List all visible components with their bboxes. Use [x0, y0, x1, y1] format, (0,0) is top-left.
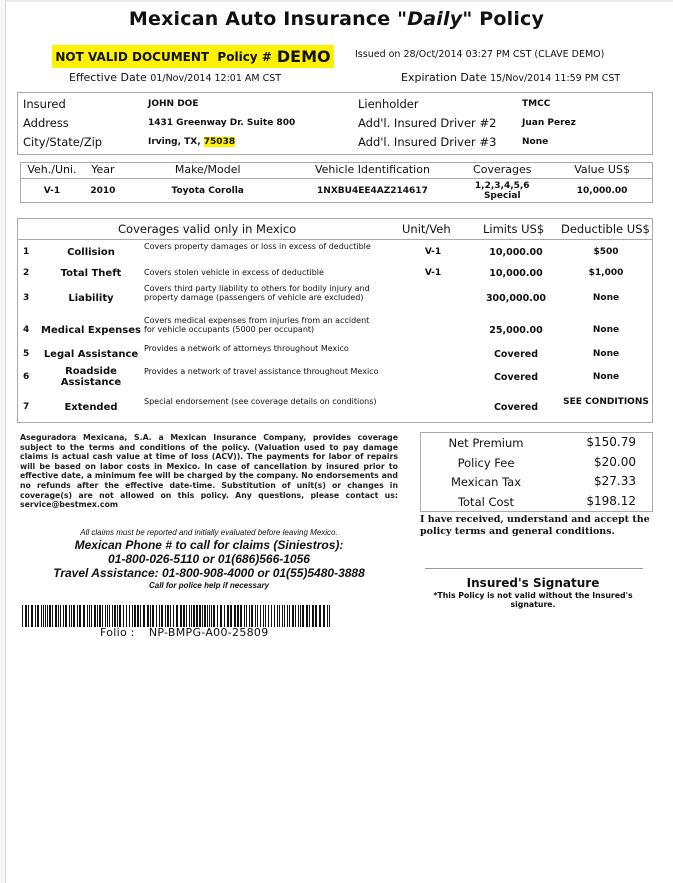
travel-assistance: Travel Assistance: 01-800-908-4000 or 01…	[20, 566, 398, 580]
barcode	[22, 605, 332, 627]
col-unit-veh: Unit/Veh	[402, 222, 451, 236]
coverage-number: 5	[23, 349, 29, 359]
insured-info-box: Insured JOHN DOE Address 1431 Greenway D…	[17, 92, 653, 155]
coverage-limit: 25,000.00	[476, 325, 556, 336]
expiration-date-value: 15/Nov/2014 11:59 PM CST	[490, 73, 620, 84]
cost-row: Total Cost$198.12	[421, 493, 652, 512]
cost-label: Total Cost	[421, 495, 551, 509]
vehicle-table-header: Veh./Uni. Year Make/Model Vehicle Identi…	[21, 163, 652, 179]
coverage-limit: 300,000.00	[476, 293, 556, 304]
coverage-deductible: None	[563, 325, 649, 335]
col-deductible: Deductible US$	[561, 222, 650, 236]
table-row: V-1 2010 Toyota Corolla 1NXBU4EE4AZ21461…	[21, 179, 652, 203]
banner-text: NOT VALID DOCUMENT Policy #	[55, 50, 272, 64]
signature-title: Insured's Signature	[420, 576, 646, 590]
driver2-label: Add'l. Insured Driver #2	[358, 116, 496, 130]
driver3-label: Add'l. Insured Driver #3	[358, 135, 496, 149]
vehicle-year: 2010	[83, 186, 123, 196]
coverage-description: Special endorsement (see coverage detail…	[144, 397, 380, 406]
address-label: Address	[23, 116, 69, 130]
claims-notice: All claims must be reported and initiall…	[20, 527, 398, 538]
expiration-date: Expiration Date 15/Nov/2014 11:59 PM CST	[401, 71, 620, 84]
table-row: 1CollisionCovers property damages or los…	[18, 241, 652, 265]
cost-row: Policy Fee$20.00	[421, 454, 652, 473]
effective-date-label: Effective Date	[69, 71, 150, 84]
insured-label: Insured	[23, 97, 66, 111]
table-row: 6Roadside AssistanceProvides a network o…	[18, 364, 652, 392]
vehicle-coverages: 1,2,3,4,5,6Special	[452, 181, 552, 201]
effective-date: Effective Date 01/Nov/2014 12:01 AM CST	[69, 71, 281, 84]
table-row: 5Legal AssistanceProvides a network of a…	[18, 347, 652, 363]
coverage-description: Provides a network of travel assistance …	[144, 367, 380, 376]
cost-value: $27.33	[594, 474, 636, 488]
address-value: 1431 Greenway Dr. Suite 800	[148, 118, 295, 128]
driver3-value: None	[522, 137, 548, 147]
coverage-description: Provides a network of attorneys througho…	[144, 344, 380, 353]
acceptance-statement: I have received, understand and accept t…	[420, 514, 660, 538]
coverage-name: Extended	[40, 402, 142, 413]
table-row: 4Medical ExpensesCovers medical expenses…	[18, 317, 652, 345]
col-limits: Limits US$	[483, 222, 544, 236]
coverages-table-header: Coverages valid only in Mexico Unit/Veh …	[18, 219, 652, 240]
vehicle-make-model: Toyota Corolla	[123, 186, 293, 196]
table-row: 7ExtendedSpecial endorsement (see covera…	[18, 394, 652, 422]
coverage-unit: V-1	[413, 247, 453, 257]
table-row: 3LiabilityCovers third party liability t…	[18, 282, 652, 316]
cost-label: Net Premium	[421, 436, 551, 450]
cost-label: Mexican Tax	[421, 475, 551, 489]
coverage-number: 1	[23, 247, 29, 257]
coverage-description: Covers medical expenses from injuries fr…	[144, 316, 380, 334]
cost-row: Mexican Tax$27.33	[421, 473, 652, 492]
col-veh-unit: Veh./Uni.	[21, 163, 83, 178]
coverage-unit: V-1	[413, 268, 453, 278]
coverage-deductible: SEE CONDITIONS	[563, 397, 649, 407]
folio-label: Folio :	[100, 626, 135, 639]
coverage-name: Collision	[40, 247, 142, 258]
title-suffix: " Policy	[462, 8, 544, 30]
coverage-deductible: $500	[563, 247, 649, 257]
police-help-note: Call for police help if necessary	[20, 580, 398, 591]
not-valid-banner: NOT VALID DOCUMENT Policy # DEMO	[52, 45, 334, 68]
coverage-number: 4	[23, 325, 29, 335]
vehicle-table: Veh./Uni. Year Make/Model Vehicle Identi…	[20, 162, 653, 203]
cost-value: $20.00	[594, 455, 636, 469]
city-state-value: Irving, TX,	[148, 137, 204, 147]
effective-date-value: 01/Nov/2014 12:01 AM CST	[150, 73, 281, 84]
cost-value: $150.79	[586, 435, 636, 449]
vehicle-coverages-special: Special	[484, 191, 521, 201]
coverage-description: Covers stolen vehicle in excess of deduc…	[144, 268, 380, 277]
vehicle-value: 10,000.00	[552, 186, 652, 196]
coverage-deductible: None	[563, 293, 649, 303]
coverage-name: Liability	[40, 293, 142, 304]
coverage-number: 7	[23, 402, 29, 412]
vehicle-unit: V-1	[21, 186, 83, 196]
driver2-value: Juan Perez	[522, 118, 576, 128]
folio: Folio :NP-BMPG-A00-25809	[100, 626, 269, 639]
coverage-deductible: None	[563, 372, 649, 382]
col-vin: Vehicle Identification	[293, 163, 453, 178]
city-state-zip-value: Irving, TX, 75038	[148, 137, 235, 147]
claims-phone-numbers: 01-800-026-5110 or 01(686)566-1056	[20, 552, 398, 566]
page-frame-left	[0, 0, 6, 883]
insured-value: JOHN DOE	[148, 99, 198, 109]
title-italic: Daily	[407, 8, 462, 30]
col-make-model: Make/Model	[123, 163, 293, 178]
coverage-limit: Covered	[476, 349, 556, 360]
signature-line	[425, 568, 643, 569]
city-state-zip-label: City/State/Zip	[23, 135, 102, 149]
coverage-number: 6	[23, 372, 29, 382]
vehicle-vin: 1NXBU4EE4AZ214617	[293, 186, 453, 196]
cost-label: Policy Fee	[421, 456, 551, 470]
disclaimer-text: Aseguradora Mexicana, S.A. a Mexican Ins…	[20, 433, 398, 510]
claims-phone-title: Mexican Phone # to call for claims (Sini…	[20, 538, 398, 552]
coverage-name: Legal Assistance	[40, 349, 142, 360]
coverage-name: Total Theft	[40, 268, 142, 279]
coverages-title: Coverages valid only in Mexico	[118, 222, 296, 236]
cost-value: $198.12	[586, 494, 636, 508]
coverage-name: Medical Expenses	[40, 325, 142, 336]
zip-value: 75038	[204, 137, 235, 147]
expiration-date-label: Expiration Date	[401, 71, 490, 84]
coverage-deductible: $1,000	[563, 268, 649, 278]
page-frame-top	[0, 0, 673, 2]
lienholder-value: TMCC	[522, 99, 550, 109]
coverage-limit: 10,000.00	[476, 268, 556, 279]
coverage-limit: 10,000.00	[476, 247, 556, 258]
claims-info: All claims must be reported and initiall…	[20, 527, 398, 591]
coverage-name: Roadside Assistance	[40, 366, 142, 388]
coverage-number: 2	[23, 268, 29, 278]
policy-number: DEMO	[277, 47, 331, 66]
coverages-table: Coverages valid only in Mexico Unit/Veh …	[17, 218, 653, 423]
coverage-number: 3	[23, 293, 29, 303]
vehicle-coverages-list: 1,2,3,4,5,6	[475, 181, 530, 191]
coverage-description: Covers third party liability to others f…	[144, 284, 380, 302]
title-prefix: Mexican Auto Insurance "	[129, 8, 407, 30]
cost-summary: Net Premium$150.79Policy Fee$20.00Mexica…	[420, 432, 653, 512]
cost-row: Net Premium$150.79	[421, 434, 652, 453]
col-year: Year	[83, 163, 123, 178]
coverage-limit: Covered	[476, 372, 556, 383]
page-title: Mexican Auto Insurance "Daily" Policy	[0, 8, 673, 30]
col-value: Value US$	[552, 163, 652, 178]
col-coverages: Coverages	[452, 163, 552, 178]
signature-note: *This Policy is not valid without the In…	[420, 591, 646, 609]
coverage-deductible: None	[563, 349, 649, 359]
table-row: 2Total TheftCovers stolen vehicle in exc…	[18, 266, 652, 282]
issued-date: Issued on 28/Oct/2014 03:27 PM CST (CLAV…	[355, 49, 604, 60]
folio-value: NP-BMPG-A00-25809	[149, 626, 269, 639]
coverage-limit: Covered	[476, 402, 556, 413]
coverage-description: Covers property damages or loss in exces…	[144, 242, 380, 251]
lienholder-label: Lienholder	[358, 97, 419, 111]
